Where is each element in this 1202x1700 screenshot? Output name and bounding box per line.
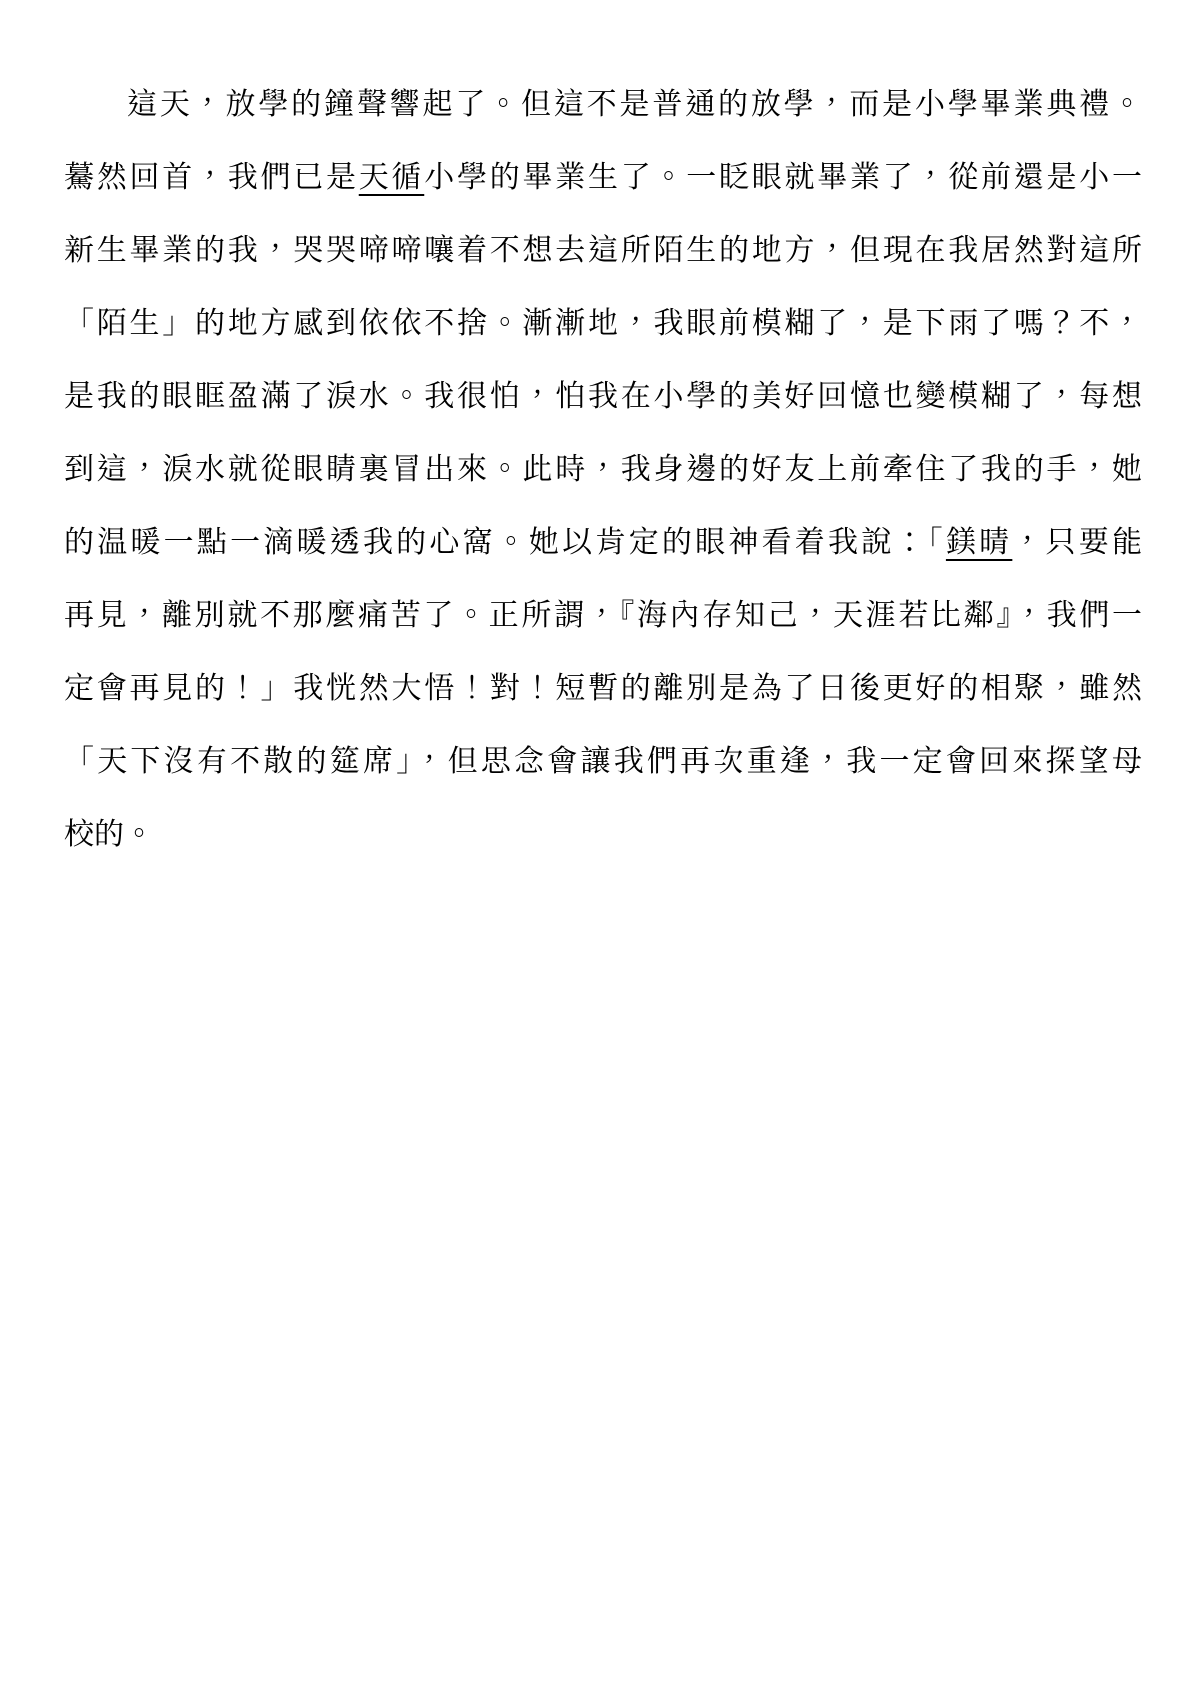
text-segment: 「天下沒有不散的筵席」，但思念會讓我們再次重逢，我一定會回來探望母	[64, 745, 1142, 778]
text-segment: 是我的眼眶盈滿了淚水。我很怕，怕我在小學的美好回憶也變模糊了，每想	[64, 380, 1142, 413]
essay-line: 的温暖一點一滴暖透我的心窩。她以肯定的眼神看着我說：「鎂晴，只要能	[64, 506, 1142, 579]
text-segment: 驀然回首，我們已是	[64, 161, 359, 194]
text-segment: 新生畢業的我，哭哭啼啼嚷着不想去這所陌生的地方，但現在我居然對這所	[64, 234, 1142, 267]
text-segment: 這天，放學的鐘聲響起了。但這不是普通的放學，而是小學畢業典禮。	[127, 88, 1142, 121]
essay-line: 新生畢業的我，哭哭啼啼嚷着不想去這所陌生的地方，但現在我居然對這所	[64, 214, 1142, 287]
essay-line: 這天，放學的鐘聲響起了。但這不是普通的放學，而是小學畢業典禮。	[64, 68, 1142, 141]
essay-line: 「陌生」的地方感到依依不捨。漸漸地，我眼前模糊了，是下雨了嗎？不，	[64, 287, 1142, 360]
underlined-proper-noun: 天循	[359, 161, 425, 194]
essay-paragraph: 這天，放學的鐘聲響起了。但這不是普通的放學，而是小學畢業典禮。驀然回首，我們已是…	[64, 68, 1142, 871]
essay-line: 到這，淚水就從眼睛裏冒出來。此時，我身邊的好友上前牽住了我的手，她	[64, 433, 1142, 506]
essay-line: 定會再見的！」我恍然大悟！對！短暫的離別是為了日後更好的相聚，雖然	[64, 652, 1142, 725]
document-page: 這天，放學的鐘聲響起了。但這不是普通的放學，而是小學畢業典禮。驀然回首，我們已是…	[0, 0, 1202, 1700]
text-segment: 小學的畢業生了。一眨眼就畢業了，從前還是小一	[424, 161, 1142, 194]
underlined-proper-noun: 鎂晴	[946, 526, 1012, 559]
essay-line: 驀然回首，我們已是天循小學的畢業生了。一眨眼就畢業了，從前還是小一	[64, 141, 1142, 214]
text-segment: 到這，淚水就從眼睛裏冒出來。此時，我身邊的好友上前牽住了我的手，她	[64, 453, 1142, 486]
text-segment: 再見，離別就不那麼痛苦了。正所謂，『海內存知己，天涯若比鄰』，我們一	[64, 599, 1142, 632]
text-segment: 「陌生」的地方感到依依不捨。漸漸地，我眼前模糊了，是下雨了嗎？不，	[64, 307, 1142, 340]
text-segment: 定會再見的！」我恍然大悟！對！短暫的離別是為了日後更好的相聚，雖然	[64, 672, 1142, 705]
text-segment: 的温暖一點一滴暖透我的心窩。她以肯定的眼神看着我說：「	[64, 526, 946, 559]
essay-line: 是我的眼眶盈滿了淚水。我很怕，怕我在小學的美好回憶也變模糊了，每想	[64, 360, 1142, 433]
essay-line: 再見，離別就不那麼痛苦了。正所謂，『海內存知己，天涯若比鄰』，我們一	[64, 579, 1142, 652]
text-segment: 校的。	[64, 818, 154, 851]
text-segment: ，只要能	[1012, 526, 1142, 559]
essay-line: 校的。	[64, 798, 1142, 871]
essay-line: 「天下沒有不散的筵席」，但思念會讓我們再次重逢，我一定會回來探望母	[64, 725, 1142, 798]
